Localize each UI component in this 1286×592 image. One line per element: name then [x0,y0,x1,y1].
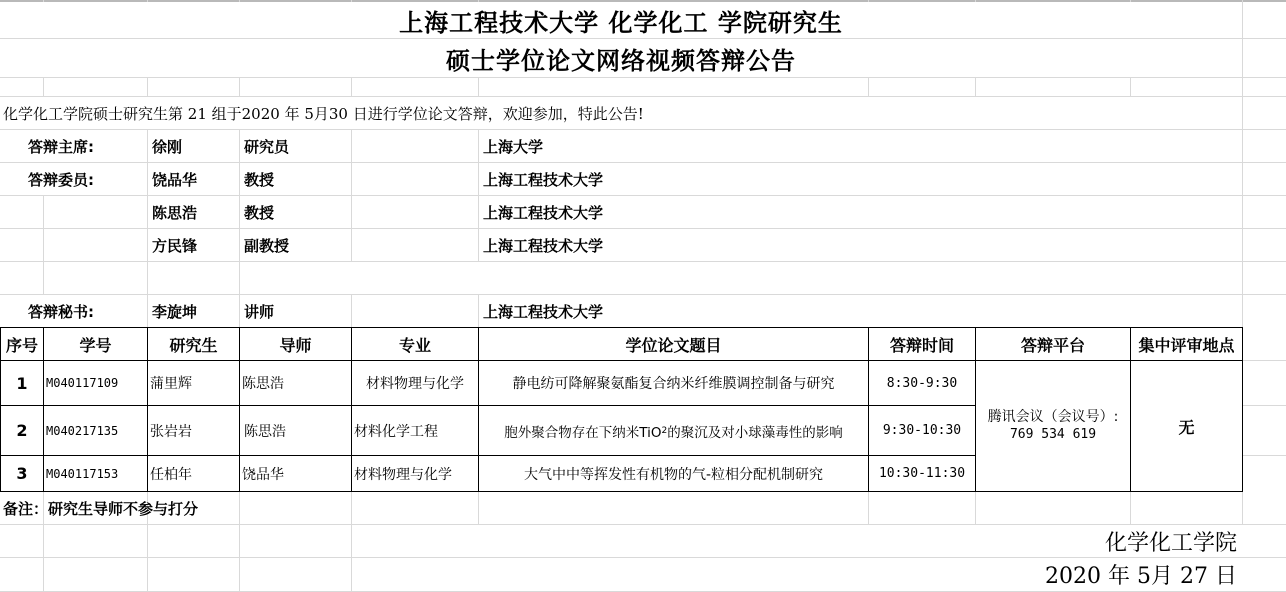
blank-row [240,262,1242,294]
secretary-affiliation: 上海工程技术大学 [479,295,1242,327]
committee-name: 饶品华 [148,163,239,195]
row-advisor: 陈思浩 [239,405,352,456]
committee-name: 徐刚 [148,130,239,162]
page-title-line1: 上海工程技术大学 化学化工 学院研究生 [0,2,1242,38]
signature-date: 2020 年 5月 27 日 [478,558,1286,591]
col-header-thesis: 学位论文题目 [478,327,869,361]
committee-title: 教授 [240,196,351,228]
platform-cell: 腾讯会议（会议号）: 769 534 619 [975,360,1131,492]
committee-affiliation: 上海大学 [479,130,1242,162]
row-student: 任柏年 [147,455,240,492]
committee-title: 副教授 [240,229,351,261]
row-advisor: 饶品华 [239,455,352,492]
row-major: 材料物理与化学 [351,360,479,406]
row-thesis: 静电纺可降解聚氨酯复合纳米纤维膜调控制备与研究 [478,360,869,406]
gridline [351,0,352,592]
announcement-text: 化学化工学院硕士研究生第 21 组于2020 年 5月30 日进行学位论文答辩，… [0,97,1242,129]
row-student-id: M040117109 [43,360,148,406]
row-student-id: M040117153 [43,455,148,492]
meeting-number: 769 534 619 [1010,426,1096,444]
row-no: 3 [0,455,44,492]
row-student: 蒲里辉 [147,360,240,406]
col-header-platform: 答辩平台 [975,327,1131,361]
row-thesis: 胞外聚合物存在下纳米TiO2的聚沉及对小球藻毒性的影响 [478,405,869,456]
committee-name: 陈思浩 [148,196,239,228]
row-major: 材料物理与化学 [351,455,479,492]
row-advisor: 陈思浩 [239,360,352,406]
thesis-text-post: 的聚沉及对小球藻毒性的影响 [667,421,843,441]
row-thesis: 大气中中等挥发性有机物的气-粒相分配机制研究 [478,455,869,492]
col-header-major: 专业 [351,327,479,361]
spreadsheet: 上海工程技术大学 化学化工 学院研究生 硕士学位论文网络视频答辩公告 化学化工学… [0,0,1286,592]
platform-name: 腾讯会议（会议号）: [988,408,1119,426]
row-no: 2 [0,405,44,456]
col-header-student-id: 学号 [43,327,148,361]
row-no: 1 [0,360,44,406]
col-header-no: 序号 [0,327,44,361]
footnote: 备注：研究生导师不参与打分 [0,493,239,524]
secretary-title: 讲师 [240,295,351,327]
row-time: 10:30-11:30 [868,455,976,492]
page-title-line2: 硕士学位论文网络视频答辩公告 [0,39,1242,77]
col-header-time: 答辩时间 [868,327,976,361]
col-header-advisor: 导师 [239,327,352,361]
review-location: 无 [1130,360,1243,492]
committee-role: 答辩委员: [0,163,147,195]
thesis-text-pre: 胞外聚合物存在下纳米TiO [504,421,661,441]
gridline [0,77,1286,78]
committee-title: 研究员 [240,130,351,162]
row-time: 9:30-10:30 [868,405,976,456]
committee-role: 答辩主席: [0,130,147,162]
secretary-role: 答辩秘书: [0,295,147,327]
row-major: 材料化学工程 [351,405,479,456]
gridline [1242,0,1243,592]
committee-name: 方民锋 [148,229,239,261]
signature-school: 化学化工学院 [478,525,1286,557]
col-header-student: 研究生 [147,327,240,361]
row-student-id: M040217135 [43,405,148,456]
col-header-location: 集中评审地点 [1130,327,1243,361]
committee-title: 教授 [240,163,351,195]
committee-affiliation: 上海工程技术大学 [479,229,1242,261]
row-student: 张岩岩 [147,405,240,456]
committee-affiliation: 上海工程技术大学 [479,196,1242,228]
row-time: 8:30-9:30 [868,360,976,406]
secretary-name: 李旋坤 [148,295,239,327]
committee-affiliation: 上海工程技术大学 [479,163,1242,195]
